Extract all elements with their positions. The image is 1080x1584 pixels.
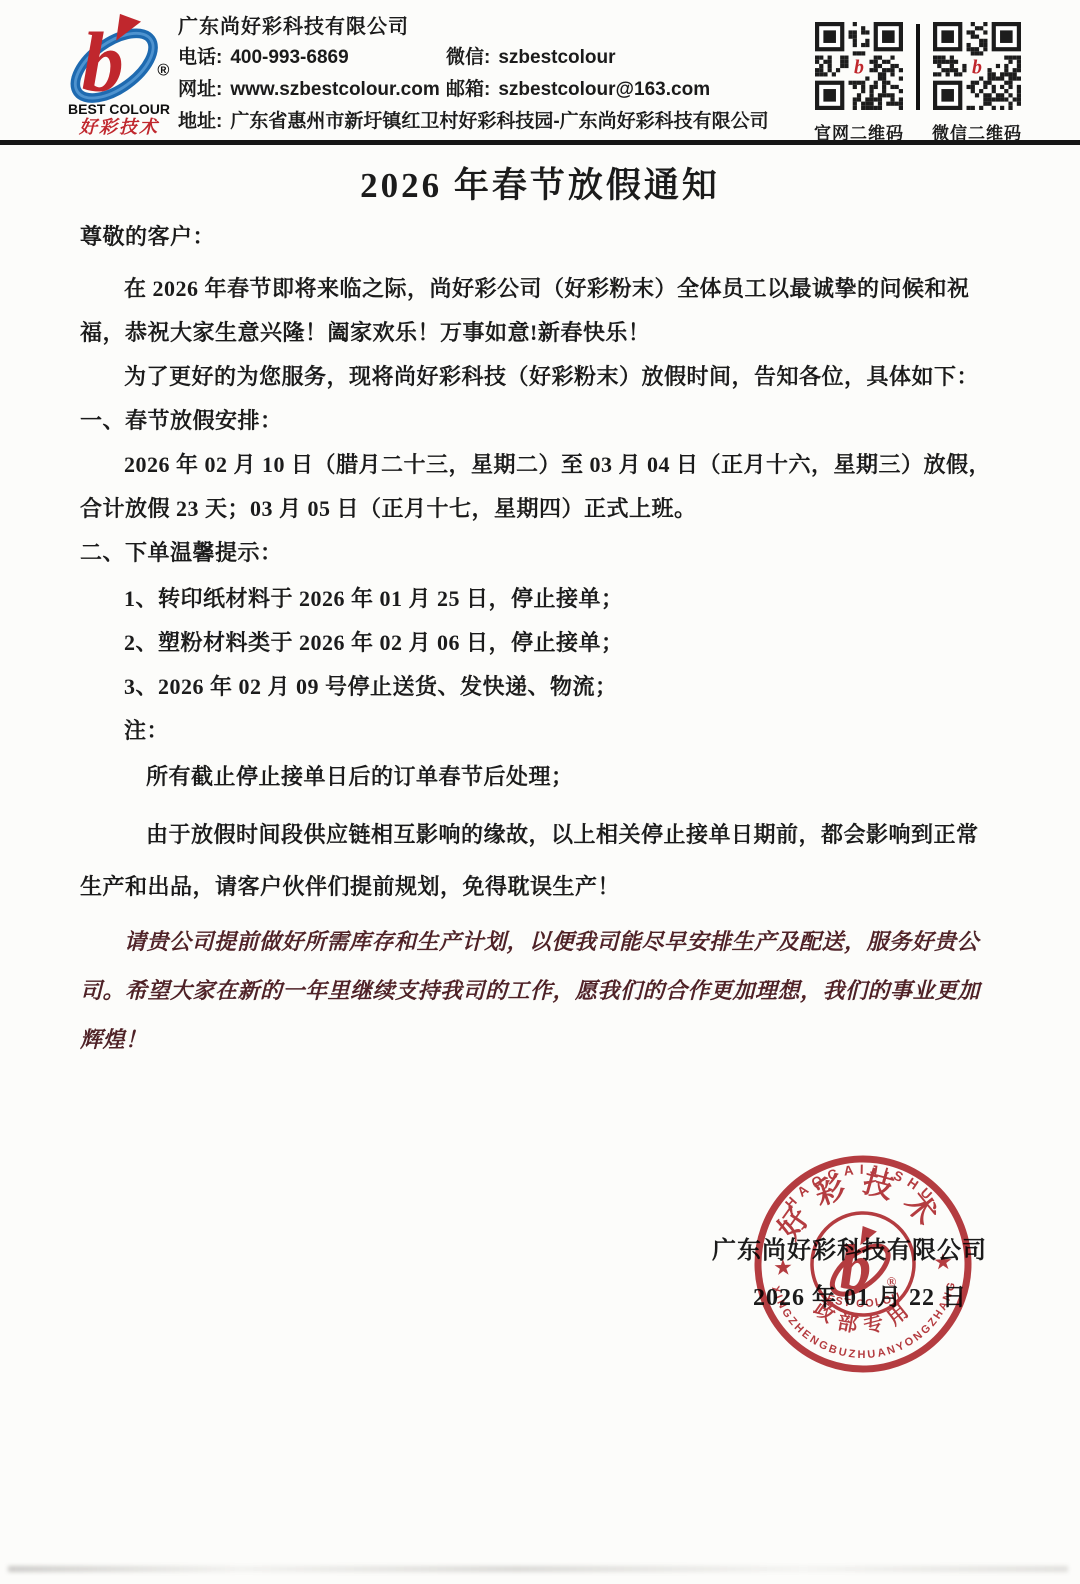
note-line: 所有截止停止接单日后的订单春节后处理； [80, 755, 1000, 799]
list-item: 2、塑粉材料类于 2026 年 02 月 06 日，停止接单； [80, 621, 1000, 665]
company-seal-icon: HAOCAIJISHU XINGZHENGBUZHUANYONGZHANG 好彩… [743, 1144, 983, 1384]
phone-label: 电话: [178, 47, 222, 68]
contact-row-web: 网址:www.szbestcolour.com 邮箱:szbestcolour@… [178, 74, 810, 106]
note-paragraph: 由于放假时间段供应链相互影响的缘故，以上相关停止接单日期前，都会影响到正常 生产… [80, 809, 1000, 913]
svg-text:b: b [854, 56, 864, 78]
wechat-label: 微信: [446, 47, 490, 68]
contact-row-address: 地址:广东省惠州市新圩镇红卫村好彩科技园-广东尚好彩科技有限公司 [178, 106, 810, 138]
website-qr-unit: b 官网二维码 [814, 22, 904, 144]
company-name: 广东尚好彩科技有限公司 [178, 12, 810, 42]
notice-title: 2026 年春节放假通知 [0, 163, 1080, 209]
wechat-value: szbestcolour [498, 47, 615, 68]
seal-star-left-icon: ★ [773, 1254, 794, 1280]
website-value: www.szbestcolour.com [230, 79, 439, 100]
qr-divider [916, 24, 920, 110]
paragraph-line: 为了更好的为您服务，现将尚好彩科技（好彩粉末）放假时间，告知各位，具体如下： [80, 355, 1000, 399]
seal-center-logo-icon: b ® [823, 1225, 898, 1304]
notice-body: 尊敬的客户： 在 2026 年春节即将来临之际，尚好彩公司（好彩粉末）全体员工以… [0, 209, 1080, 1064]
paragraph-line: 2026 年 02 月 10 日（腊月二十三，星期二）至 03 月 04 日（正… [80, 443, 1000, 487]
company-info: 广东尚好彩科技有限公司 电话:400-993-6869 微信:szbestcol… [178, 12, 810, 138]
wechat-qr-unit: b 微信二维码 [932, 22, 1022, 144]
svg-text:b: b [972, 56, 982, 78]
svg-text:b: b [838, 1231, 872, 1303]
logo-chinese-name: 好彩技术 [58, 118, 180, 136]
email-label: 邮箱: [446, 79, 490, 100]
paragraph-line: 在 2026 年春节即将来临之际，尚好彩公司（好彩粉末）全体员工以最诚挚的问候和… [80, 267, 1000, 311]
closing-line: 辉煌！ [80, 1015, 1000, 1064]
paragraph-line: 合计放假 23 天；03 月 05 日（正月十七，星期四）正式上班。 [80, 487, 1000, 531]
section2-heading: 二、下单温馨提示： [80, 531, 1000, 575]
closing-line: 请贵公司提前做好所需库存和生产计划，以便我司能尽早安排生产及配送，服务好贵公 [80, 917, 1000, 966]
seal-star-right-icon: ★ [933, 1249, 954, 1275]
closing-line: 司。希望大家在新的一年里继续支持我司的工作，愿我们的合作更加理想，我们的事业更加 [80, 966, 1000, 1015]
section1-heading: 一、春节放假安排： [80, 399, 1000, 443]
note-label: 注： [80, 709, 1000, 753]
scan-edge-smudge [8, 1566, 1068, 1572]
logo-english-name: BEST COLOUR [58, 102, 180, 116]
letterhead: b ® BEST COLOUR 好彩技术 广东尚好彩科技有限公司 电话:400-… [0, 0, 1080, 145]
svg-text:b: b [82, 17, 124, 104]
notice-document-page: b ® BEST COLOUR 好彩技术 广东尚好彩科技有限公司 电话:400-… [0, 0, 1080, 1584]
note-line: 生产和出品，请客户伙伴们提前规划，免得耽误生产！ [80, 861, 1000, 913]
wechat-qr-code-icon: b [933, 22, 1021, 110]
contact-row-phone: 电话:400-993-6869 微信:szbestcolour [178, 42, 810, 74]
svg-text:®: ® [157, 61, 169, 79]
email-value: szbestcolour@163.com [498, 79, 710, 100]
paragraph-line: 福，恭祝大家生意兴隆！阖家欢乐！万事如意!新春快乐！ [80, 311, 1000, 355]
list-item: 3、2026 年 02 月 09 号停止送货、发快递、物流； [80, 665, 1000, 709]
address-label: 地址: [178, 111, 222, 132]
salutation: 尊敬的客户： [80, 215, 1000, 259]
qr-code-area: b 官网二维码 b 微信二维码 [814, 12, 1022, 144]
note-line: 由于放假时间段供应链相互影响的缘故，以上相关停止接单日期前，都会影响到正常 [80, 809, 1000, 861]
company-logo: b ® BEST COLOUR 好彩技术 [58, 12, 180, 136]
address-value: 广东省惠州市新圩镇红卫村好彩科技园-广东尚好彩科技有限公司 [230, 111, 768, 132]
phone-value: 400-993-6869 [230, 47, 348, 68]
website-label: 网址: [178, 79, 222, 100]
best-colour-logo-icon: b ® [60, 12, 178, 104]
website-qr-code-icon: b [815, 22, 903, 110]
closing-paragraph: 请贵公司提前做好所需库存和生产计划，以便我司能尽早安排生产及配送，服务好贵公 司… [80, 917, 1000, 1064]
list-item: 1、转印纸材料于 2026 年 01 月 25 日，停止接单； [80, 577, 1000, 621]
company-seal: HAOCAIJISHU XINGZHENGBUZHUANYONGZHANG 好彩… [743, 1144, 983, 1384]
wechat-qr-label: 微信二维码 [932, 119, 1022, 144]
svg-text:®: ® [886, 1274, 897, 1289]
website-qr-label: 官网二维码 [814, 119, 904, 144]
